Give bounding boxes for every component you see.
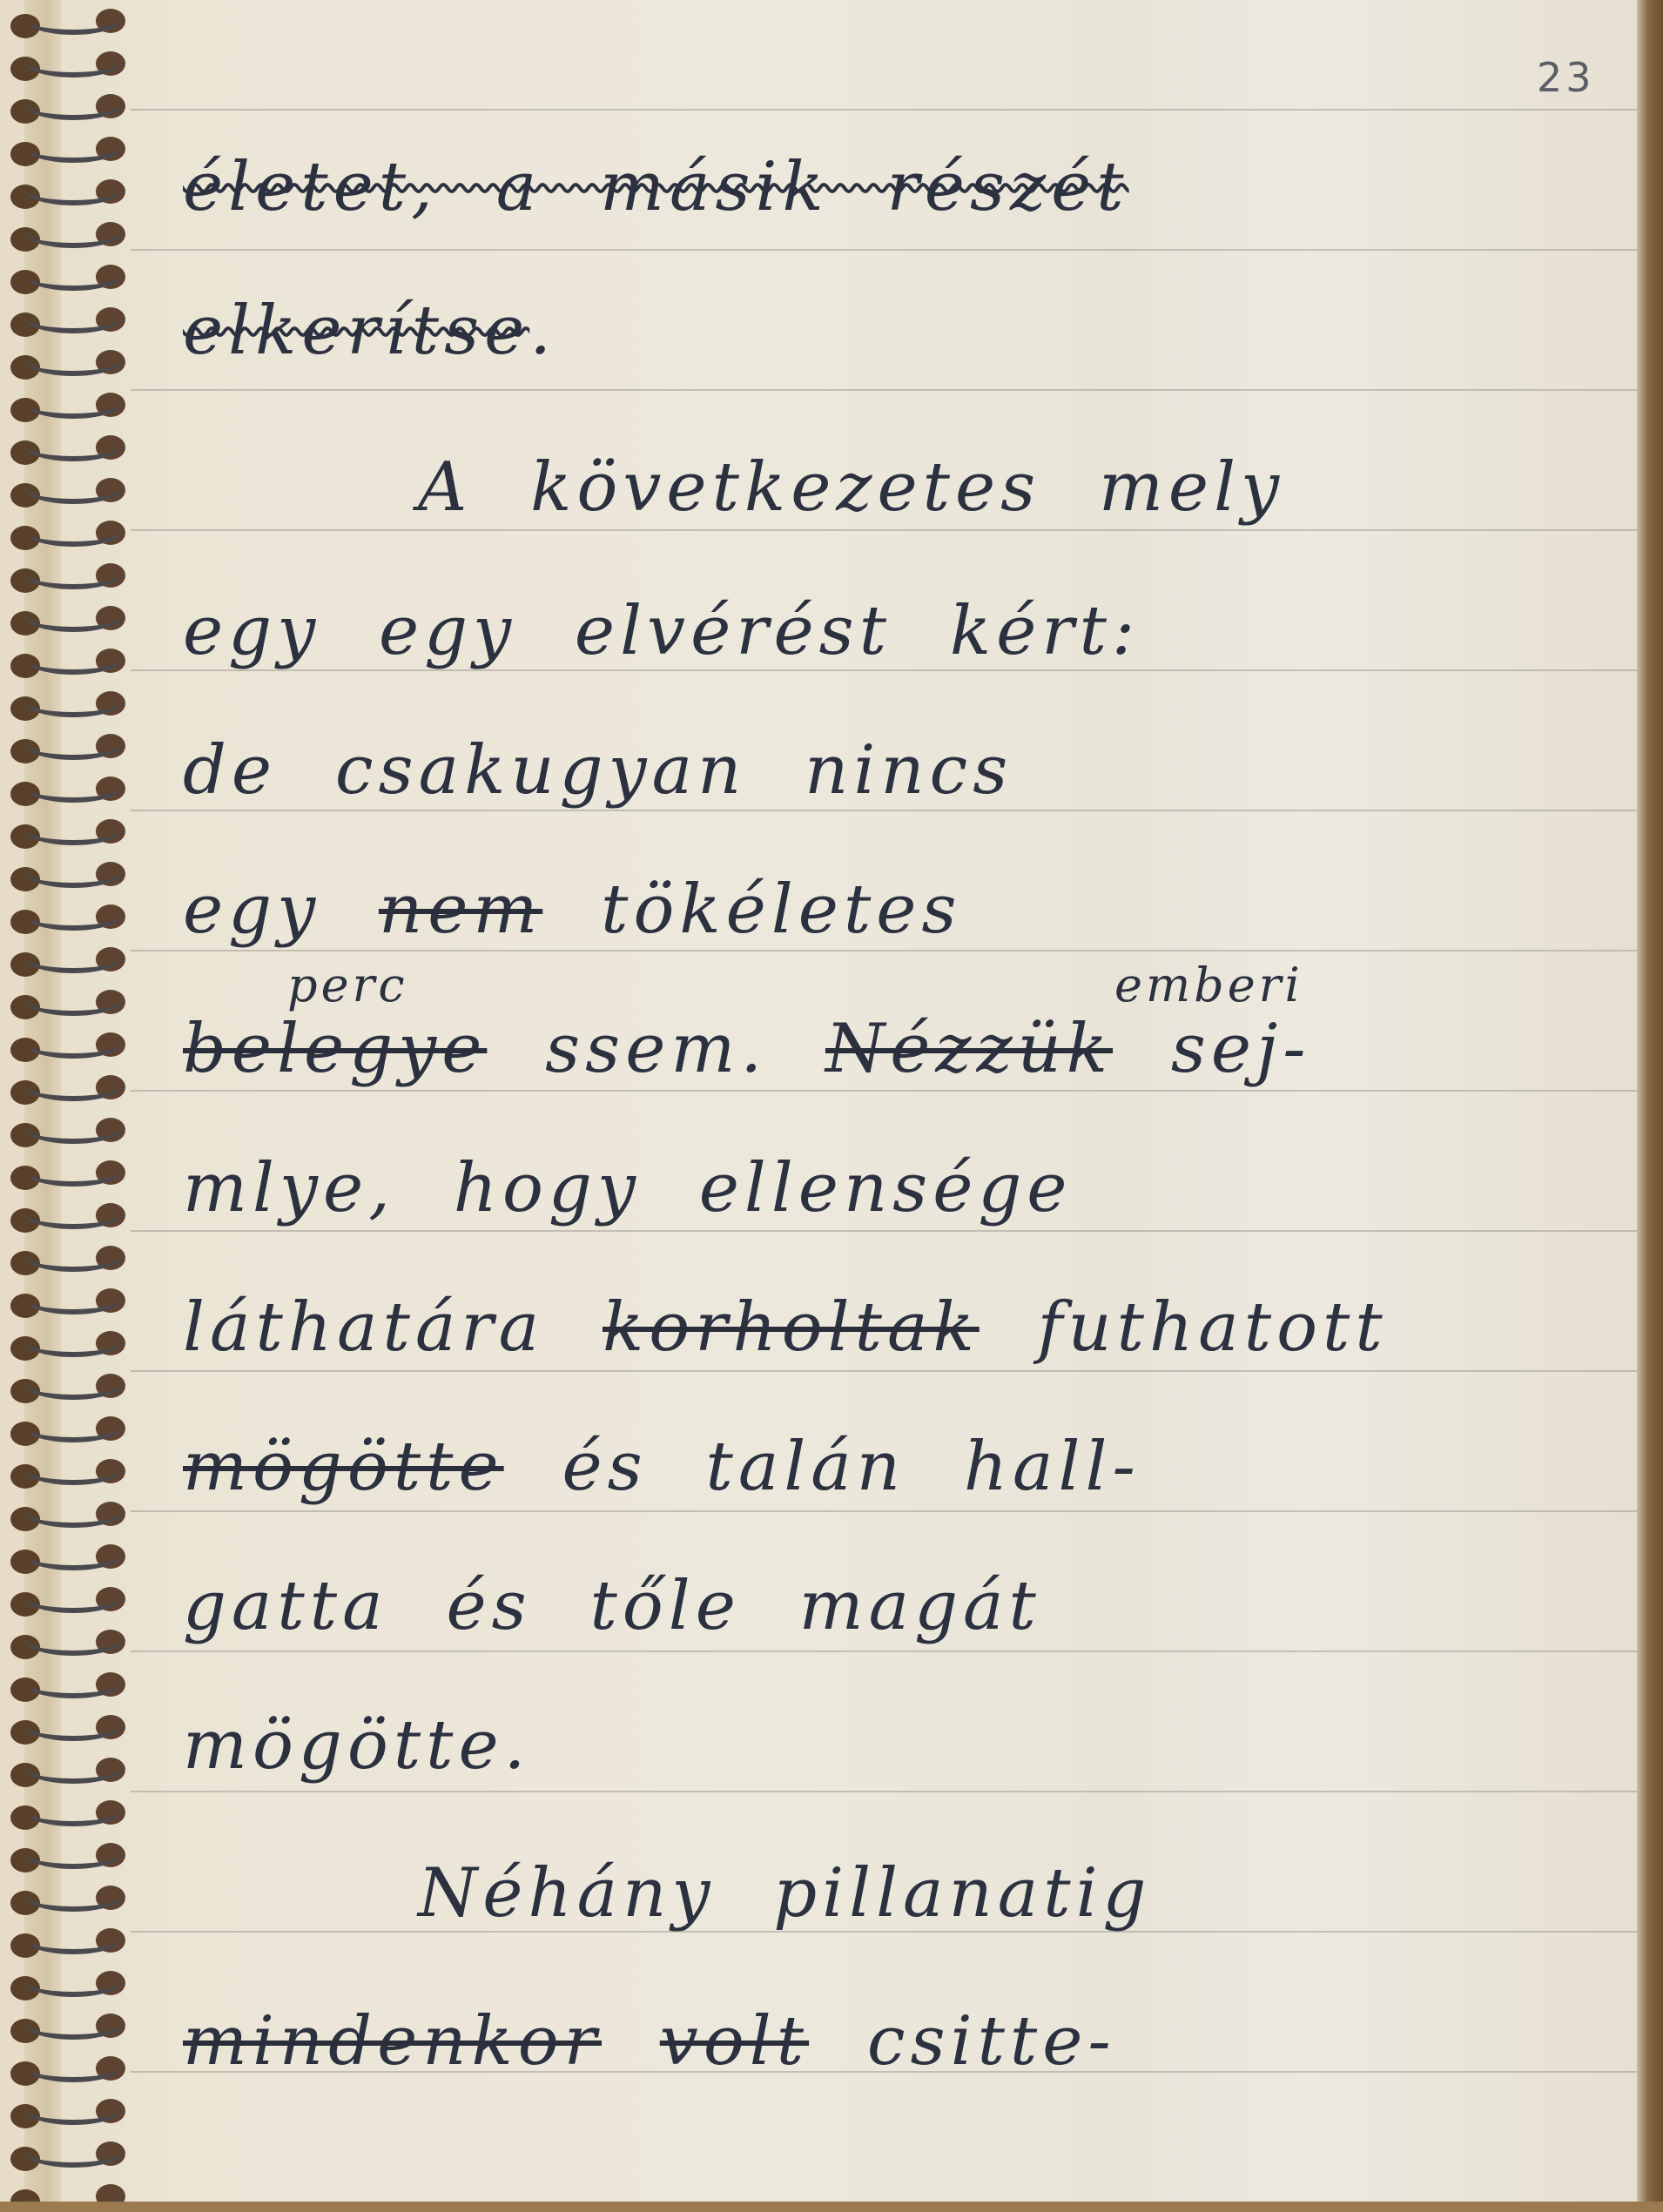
spiral-coil: [9, 92, 131, 127]
spiral-coil: [9, 519, 131, 554]
spiral-coil: [9, 1031, 131, 1066]
spiral-coil: [9, 1457, 131, 1492]
word: sej-: [1171, 1010, 1311, 1088]
spiral-coil: [9, 1969, 131, 2004]
spiral-coil: [9, 689, 131, 724]
word: hall-: [964, 1428, 1141, 1506]
manuscript-line-1: életet, a másik részét: [183, 148, 1559, 226]
manuscript-line-12: mögötte.: [183, 1706, 1559, 1785]
ruled-line: [131, 1791, 1637, 1792]
struck-word: belegye: [183, 1010, 487, 1088]
spiral-coil: [9, 1415, 131, 1449]
ruled-line: [131, 1370, 1637, 1372]
spiral-coil: [9, 732, 131, 767]
spiral-coil: [9, 860, 131, 895]
word: tökéletes: [601, 871, 961, 949]
spiral-coil: [9, 1244, 131, 1279]
ruled-line: [131, 1090, 1637, 1092]
manuscript-line-11: gatta és tőle magát: [183, 1567, 1559, 1645]
spiral-coil: [9, 1713, 131, 1748]
struck-word: mindenkor: [183, 2002, 602, 2081]
word: .: [529, 292, 556, 370]
manuscript-line-13: Néhány pillanatig: [183, 1854, 1663, 1933]
word: egy egy: [183, 592, 516, 670]
ruled-line: [131, 1651, 1637, 1652]
word: egy: [183, 871, 320, 949]
manuscript-line-2: elkerítse.: [183, 292, 1559, 370]
word: hogy: [454, 1149, 641, 1227]
manuscript-line-8: mlye, hogy ellensége: [183, 1149, 1559, 1227]
spiral-coil: [9, 1628, 131, 1663]
struck-word: életet, a másik részét: [183, 148, 1129, 226]
spiral-coil: [9, 1116, 131, 1151]
ruled-line: [131, 249, 1637, 251]
word: és: [562, 1428, 647, 1506]
spiral-coil: [9, 1500, 131, 1535]
struck-word: Nézzük: [825, 1010, 1113, 1088]
manuscript-line-4: egy egy elvérést kért:: [183, 592, 1559, 670]
word: és: [446, 1567, 531, 1645]
word: kért:: [950, 592, 1140, 670]
spiral-coil: [9, 1926, 131, 1961]
word: mögötte.: [183, 1706, 530, 1785]
spiral-coil: [9, 1756, 131, 1791]
manuscript-line-5: de csakugyan nincs: [183, 731, 1559, 810]
spiral-coil: [9, 2012, 131, 2047]
word: de: [183, 731, 277, 810]
spiral-coil: [9, 561, 131, 596]
page-number: 23: [1537, 54, 1595, 101]
word: tőle: [589, 1567, 740, 1645]
manuscript-line-6: egy nem tökéletes: [183, 871, 1559, 949]
notebook-page: 23 életet, a másik részét elkerítse. A k…: [0, 0, 1663, 2212]
spiral-coil: [9, 945, 131, 980]
spiral-coil: [9, 1329, 131, 1364]
spiral-coil: [9, 263, 131, 298]
spiral-coil: [9, 1159, 131, 1193]
manuscript-line-14: mindenkor volt csitte-: [183, 2002, 1559, 2081]
ruled-line: [131, 1230, 1637, 1232]
struck-word: volt: [660, 2002, 809, 2081]
spiral-coil: [9, 1884, 131, 1919]
manuscript-line-7: belegye ssem. Nézzük sej-: [183, 1010, 1559, 1088]
spiral-coil: [9, 1073, 131, 1108]
spiral-coil: [9, 1585, 131, 1620]
spiral-coil: [9, 2097, 131, 2132]
spiral-coil: [9, 7, 131, 42]
table-surface: [0, 2202, 1663, 2212]
word: gatta: [183, 1567, 388, 1645]
ruled-line: [131, 810, 1637, 811]
spiral-coil: [9, 135, 131, 170]
inserted-word: perc: [287, 958, 408, 1012]
inserted-word: emberi: [1114, 958, 1303, 1012]
struck-word: nem: [379, 871, 542, 949]
word: ssem.: [545, 1010, 767, 1088]
word: következetes: [530, 448, 1040, 527]
struck-word: mögötte: [183, 1428, 504, 1506]
spiral-coil: [9, 1543, 131, 1577]
spiral-coil: [9, 1799, 131, 1833]
spiral-binding: [9, 0, 131, 2212]
word: magát: [799, 1567, 1041, 1645]
spiral-coil: [9, 988, 131, 1023]
spiral-coil: [9, 306, 131, 340]
spiral-coil: [9, 775, 131, 810]
word: Néhány: [418, 1854, 715, 1933]
struck-word: elkerítse: [183, 292, 529, 370]
spiral-coil: [9, 1287, 131, 1321]
spiral-coil: [9, 391, 131, 426]
spiral-coil: [9, 1671, 131, 1705]
spiral-coil: [9, 2054, 131, 2089]
word: pillanatig: [773, 1854, 1151, 1933]
word: futhatott: [1038, 1288, 1388, 1367]
spiral-coil: [9, 178, 131, 212]
spiral-coil: [9, 2140, 131, 2175]
word: talán: [705, 1428, 906, 1506]
spiral-coil: [9, 348, 131, 383]
word: csitte-: [867, 2002, 1116, 2081]
manuscript-line-10: mögötte és talán hall-: [183, 1428, 1559, 1506]
manuscript-line-9: láthatára korholtak futhatott: [183, 1288, 1559, 1367]
word: mely: [1099, 448, 1284, 527]
spiral-coil: [9, 903, 131, 938]
spiral-coil: [9, 647, 131, 682]
struck-word: korholtak: [603, 1288, 980, 1367]
spiral-coil: [9, 604, 131, 639]
word: csakugyan: [335, 731, 746, 810]
ruled-line: [131, 389, 1637, 391]
ruled-line: [131, 950, 1637, 951]
spiral-coil: [9, 1841, 131, 1876]
ruled-line: [131, 1510, 1637, 1512]
spiral-coil: [9, 817, 131, 852]
word: mlye,: [183, 1149, 395, 1227]
spiral-coil: [9, 476, 131, 511]
spiral-coil: [9, 1201, 131, 1236]
ruled-line: [131, 109, 1637, 111]
spiral-coil: [9, 434, 131, 468]
spiral-coil: [9, 50, 131, 84]
manuscript-line-3: A következetes mely: [183, 448, 1663, 527]
word: nincs: [805, 731, 1013, 810]
word: A: [418, 448, 472, 527]
ruled-line: [131, 529, 1637, 531]
word: ellensége: [699, 1149, 1073, 1227]
spiral-coil: [9, 220, 131, 255]
spiral-coil: [9, 1372, 131, 1407]
word: láthatára: [183, 1288, 544, 1367]
word: elvérést: [575, 592, 892, 670]
